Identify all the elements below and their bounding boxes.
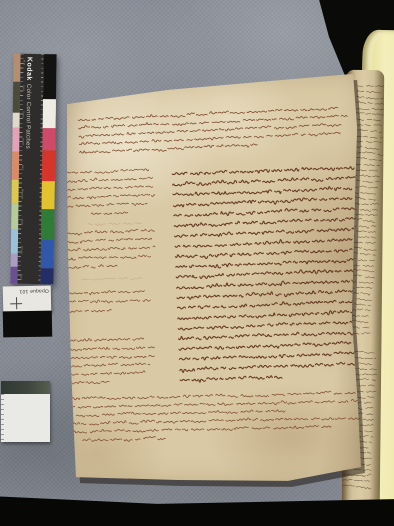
manuscript-photo: BlueCyanGreenYellowRedMagentaWhite3/Colo… [0,0,394,526]
ink-bleedthrough-1 [88,218,143,228]
margin-note-4 [69,333,154,389]
color-patch [41,181,54,210]
color-patch [41,210,54,240]
margin-note-2 [67,224,155,273]
black-calibration-patch [3,311,52,338]
kodak-brand: Kodak [25,57,32,81]
kodak-strip-label: Color Control Patches [24,84,31,149]
bottom-scholion-text [67,387,360,445]
registration-cross-icon [10,297,22,309]
opaque-target-label: Opaque 101 [3,286,52,313]
color-patch [42,128,55,151]
manuscript-page [58,68,368,488]
margin-note-1 [65,164,155,221]
opaque-label-text: Opaque 101 [15,288,49,295]
main-text-column [172,160,363,393]
kodak-color-control-strip: BlueCyanGreenYellowRedMagentaWhite3/Colo… [10,54,56,285]
color-patch [42,150,55,181]
color-patch [43,54,57,99]
color-patch [41,239,54,268]
color-patch [43,99,56,128]
color-patch [40,268,53,285]
gray-scale-card [1,381,50,442]
ink-bleedthrough-2 [82,273,144,283]
gray-card-ticks [1,394,4,442]
margin-note-3 [69,284,150,316]
gray-card-band [1,381,50,394]
kodak-strip-body: BlueCyanGreenYellowRedMagentaWhite3/Colo… [17,54,43,284]
